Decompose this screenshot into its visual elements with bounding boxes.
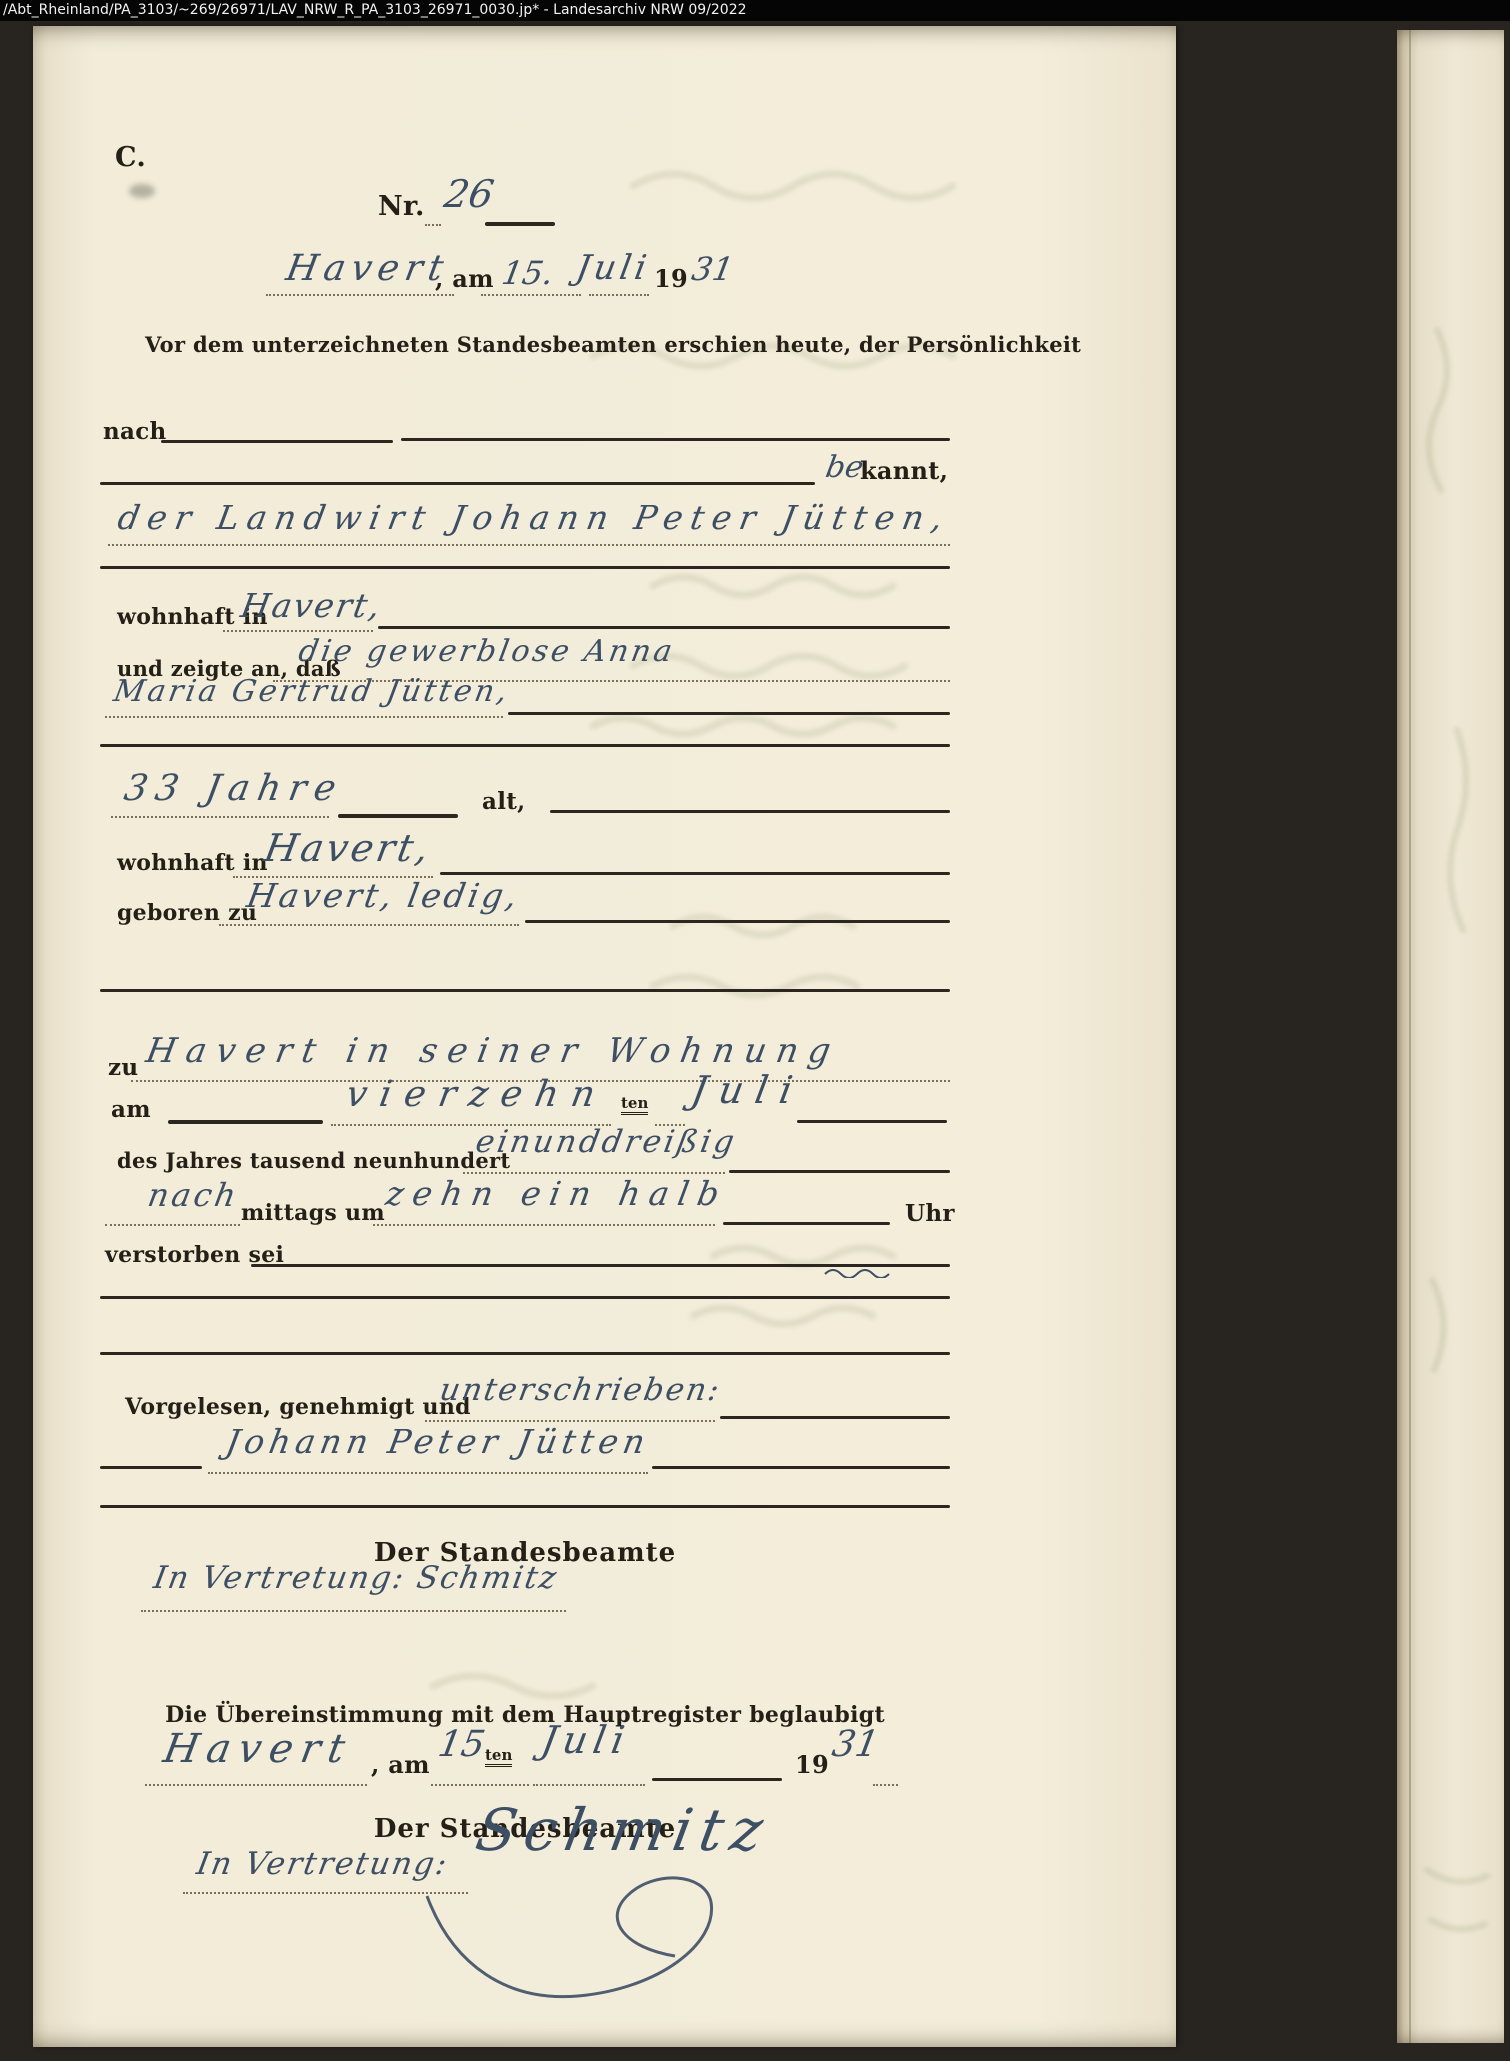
record-number-value: 26 [441,172,497,216]
wohnhaft-value: Havert, [238,586,385,625]
header-place-line [266,294,454,296]
deceased-line2-rule [508,712,950,715]
record-number-underline [485,222,555,226]
corner-mark: C. [115,142,146,173]
vorgelesen-hw: unterschrieben: [437,1372,724,1408]
jahr-label: des Jahres tausend neunhundert [117,1148,510,1173]
deceased-line1: die gewerblose Anna [296,634,678,669]
separator-rule-2 [100,744,950,747]
signature1-rule-left [100,1466,202,1469]
certify-text: Die Übereinstimmung mit dem Hauptregiste… [100,1702,950,1728]
time-value-dots [373,1224,715,1226]
window-titlebar[interactable]: /Abt_Rheinland/PA_3103/~269/26971/LAV_NR… [0,0,1510,21]
vorgelesen-rule [720,1416,950,1419]
jahr-value: einunddreißig [473,1124,740,1160]
separator-rule-1 [100,566,950,569]
nach-rule-1 [161,440,393,443]
separator-rule-3 [100,989,950,992]
document-page: C. Nr. 26 Havert , am 15. Juli 19 31 Vor… [33,26,1176,2047]
header-am-label: , am [435,264,494,293]
separator-rule-5 [100,1352,950,1355]
time-rule [723,1222,890,1225]
adjacent-page-bleedthrough [1397,30,1504,2043]
wohnhaft2-label: wohnhaft in [117,850,268,876]
record-number-dots [425,224,441,226]
record-number-label: Nr. [378,191,425,222]
bekannt-printed: kannt, [860,456,948,485]
intro-sentence: Vor dem unterzeichneten Standesbeamten e… [145,332,1081,357]
time-label: mittags um [241,1200,385,1226]
death-day-value: vierzehn [343,1074,611,1115]
geboren-dots [219,924,519,926]
header-month-line [589,294,649,296]
header-day: 15. [499,254,557,292]
vertretung1-dots [141,1610,566,1612]
geboren-value: Havert, ledig, [244,876,523,915]
age-dots [111,816,329,818]
time-value: zehn ein halb [383,1174,731,1213]
certify-year-written: 31 [829,1724,882,1765]
adjacent-page-edge [1397,30,1504,2043]
wohnhaft-rule [378,626,950,629]
deceased-line2: Maria Gertrud Jütten, [111,674,513,709]
header-place: Havert [283,248,452,289]
am-label: am [111,1096,151,1123]
certify-am-label: , am [371,1750,430,1779]
bekannt-rule [100,482,815,485]
zu-label: zu [108,1054,138,1081]
death-date-rule [797,1120,947,1123]
geboren-rule [525,920,950,923]
ink-squiggle [823,1264,893,1278]
age-value: 33 Jahre [121,768,347,809]
header-year-written: 31 [689,250,736,288]
certify-year-dots [873,1784,898,1786]
page-fold-line [1409,30,1411,2043]
separator-rule-6 [100,1505,950,1508]
certify-rule [652,1778,782,1781]
certify-year-printed: 19 [795,1750,829,1779]
certify-day: 15 [435,1724,488,1765]
certify-place-dots [145,1784,367,1786]
header-year-printed: 19 [654,264,688,293]
ten-suffix: ten [621,1096,648,1115]
nach-rule-2 [401,438,950,441]
wohnhaft2-value: Havert, [261,826,435,870]
wohnhaft2-rule [440,872,950,875]
death-month-value: Juli [688,1068,808,1112]
signature1-dots [208,1472,648,1474]
alt-rule [550,810,950,813]
nach-label: nach [103,418,167,445]
certify-month: Juli [538,1718,634,1762]
separator-rule-4 [100,1296,950,1299]
vertretung-signature1: In Vertretung: Schmitz [151,1560,561,1596]
alt-label: alt, [482,788,525,815]
uhr-label: Uhr [905,1200,955,1227]
declarant-name: der Landwirt Johann Peter Jütten, [115,498,954,537]
header-month: Juli [573,248,653,288]
signature1-rule-right [652,1466,950,1469]
header-day-line [481,294,581,296]
declarant-line [108,544,950,546]
pencil-smudge [129,184,155,198]
signature-flourish [413,1826,793,2026]
deceased-line2-dots [105,716,503,718]
screenshot-root: { "titlebar": { "title": "/Abt_Rheinland… [0,0,1510,2061]
geboren-label: geboren zu [117,900,257,926]
am-rule-short [168,1120,323,1124]
certify-month-dots [533,1784,645,1786]
age-rule-short [338,814,458,818]
time-prefix-dots [105,1224,240,1226]
wohnhaft-dots [223,630,373,632]
certify-day-dots [431,1784,529,1786]
certify-ten: ten [485,1748,512,1767]
signature-declarant: Johann Peter Jütten [223,1422,653,1461]
death-place-value: Havert in seiner Wohnung [143,1031,844,1071]
vorgelesen-label: Vorgelesen, genehmigt und [125,1394,471,1420]
window-title: /Abt_Rheinland/PA_3103/~269/26971/LAV_NR… [3,2,747,18]
certify-place: Havert [160,1726,356,1772]
jahr-rule [729,1170,950,1173]
time-hw-prefix: nach [145,1176,242,1214]
